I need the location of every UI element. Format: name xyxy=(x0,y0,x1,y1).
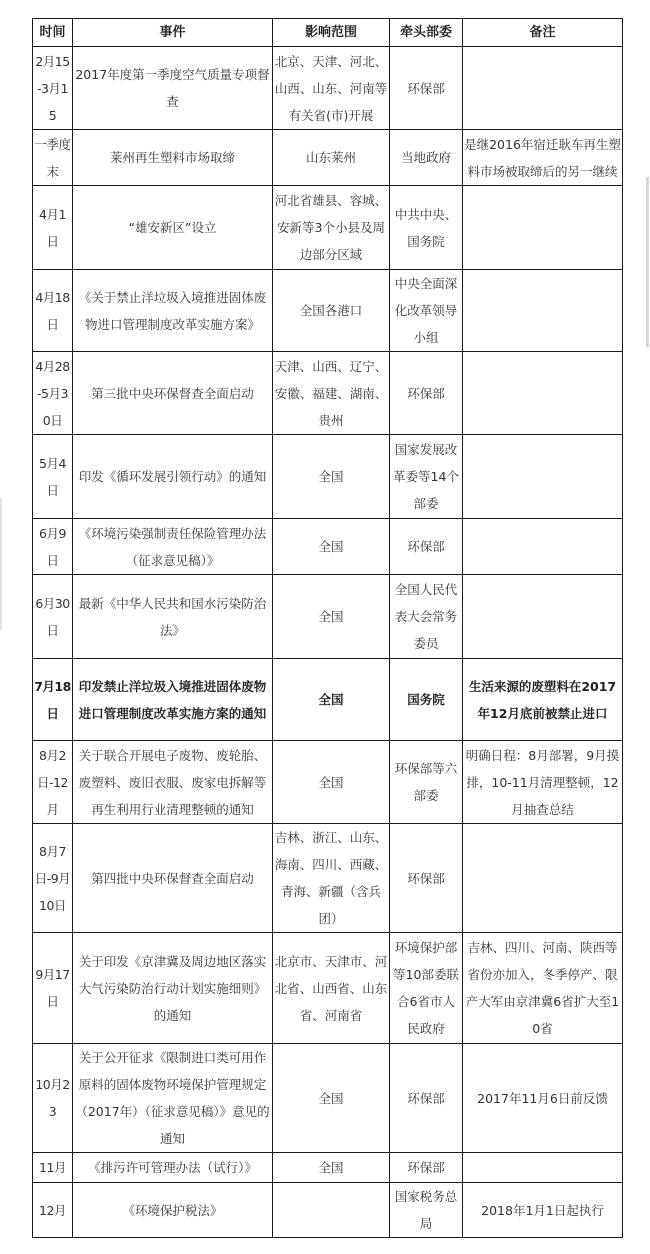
cell-lead: 国务院 xyxy=(390,659,463,741)
cell-time: 12月 xyxy=(33,1183,73,1238)
cell-event: 《环境保护税法》 xyxy=(73,1183,273,1238)
cell-time: 一季度末 xyxy=(33,130,73,186)
cell-notes: 2018年1月1日起执行 xyxy=(463,1183,623,1238)
table-row: 一季度末 莱州再生塑料市场取缔 山东莱州 当地政府 是继2016年宿迁耿车再生塑… xyxy=(33,130,623,186)
cell-notes xyxy=(463,352,623,435)
scrollbar-right[interactable] xyxy=(646,177,649,347)
cell-lead: 环保部 xyxy=(390,47,463,130)
cell-lead: 环保部 xyxy=(390,1153,463,1183)
cell-notes: 2017年11月6日前反馈 xyxy=(463,1044,623,1153)
cell-lead: 环保部 xyxy=(390,1044,463,1153)
cell-notes xyxy=(463,47,623,130)
cell-scope: 全国 xyxy=(273,741,390,824)
cell-time: 11月 xyxy=(33,1153,73,1183)
table-row: 11月 《排污许可管理办法（试行）》 全国 环保部 xyxy=(33,1153,623,1183)
cell-time: 2月15-3月15 xyxy=(33,47,73,130)
cell-scope: 全国 xyxy=(273,1044,390,1153)
table-row: 4月18日 《关于禁止洋垃圾入境推进固体废物进口管理制度改革实施方案》 全国各港… xyxy=(33,270,623,352)
table-row: 8月2日-12月 关于联合开展电子废物、废轮胎、废塑料、废旧衣服、废家电拆解等再… xyxy=(33,741,623,824)
cell-scope: 山东莱州 xyxy=(273,130,390,186)
cell-time: 10月23 xyxy=(33,1044,73,1153)
cell-time: 8月2日-12月 xyxy=(33,741,73,824)
cell-event: 关于印发《京津冀及周边地区落实大气污染防治行动计划实施细则》的通知 xyxy=(73,933,273,1044)
cell-time: 4月18日 xyxy=(33,270,73,352)
cell-time: 9月17日 xyxy=(33,933,73,1044)
table-row: 4月1日 “雄安新区”设立 河北省雄县、容城、安新等3个小县及周边部分区域 中共… xyxy=(33,186,623,270)
table-header-row: 时间 事件 影响范围 牵头部委 备注 xyxy=(33,19,623,47)
scrollbar-left xyxy=(0,498,2,630)
cell-time: 5月4日 xyxy=(33,435,73,519)
cell-scope: 全国各港口 xyxy=(273,270,390,352)
table-row: 12月 《环境保护税法》 国家税务总局 2018年1月1日起执行 xyxy=(33,1183,623,1238)
table-row: 8月7日-9月10日 第四批中央环保督查全面启动 吉林、浙江、山东、海南、四川、… xyxy=(33,824,623,933)
header-event: 事件 xyxy=(73,19,273,47)
cell-event: 印发《循环发展引领行动》的通知 xyxy=(73,435,273,519)
header-time: 时间 xyxy=(33,19,73,47)
cell-time: 4月28-5月30日 xyxy=(33,352,73,435)
cell-event: 第三批中央环保督查全面启动 xyxy=(73,352,273,435)
cell-event: “雄安新区”设立 xyxy=(73,186,273,270)
cell-event: 《排污许可管理办法（试行）》 xyxy=(73,1153,273,1183)
cell-notes xyxy=(463,575,623,659)
cell-time: 7月18日 xyxy=(33,659,73,741)
cell-scope: 吉林、浙江、山东、海南、四川、西藏、青海、新疆（含兵团） xyxy=(273,824,390,933)
cell-time: 8月7日-9月10日 xyxy=(33,824,73,933)
cell-lead: 中央全面深化改革领导小组 xyxy=(390,270,463,352)
cell-lead: 环保部 xyxy=(390,519,463,575)
header-scope: 影响范围 xyxy=(273,19,390,47)
cell-scope: 北京、天津、河北、山西、山东、河南等有关省(市)开展 xyxy=(273,47,390,130)
cell-notes xyxy=(463,270,623,352)
cell-event: 关于联合开展电子废物、废轮胎、废塑料、废旧衣服、废家电拆解等再生利用行业清理整顿… xyxy=(73,741,273,824)
cell-event: 最新《中华人民共和国水污染防治法》 xyxy=(73,575,273,659)
cell-scope: 全国 xyxy=(273,575,390,659)
table-row: 10月23 关于公开征求《限制进口类可用作原料的固体废物环境保护管理规定（201… xyxy=(33,1044,623,1153)
table-row: 2月15-3月15 2017年度第一季度空气质量专项督查 北京、天津、河北、山西… xyxy=(33,47,623,130)
cell-scope: 全国 xyxy=(273,659,390,741)
cell-lead: 中共中央、国务院 xyxy=(390,186,463,270)
cell-notes: 生活来源的废塑料在2017年12月底前被禁止进口 xyxy=(463,659,623,741)
cell-notes xyxy=(463,824,623,933)
cell-lead: 环保部 xyxy=(390,824,463,933)
cell-notes xyxy=(463,435,623,519)
cell-notes: 吉林、四川、河南、陕西等省份亦加入，冬季停产、限产大军由京津冀6省扩大至10省 xyxy=(463,933,623,1044)
cell-scope: 河北省雄县、容城、安新等3个小县及周边部分区域 xyxy=(273,186,390,270)
cell-time: 4月1日 xyxy=(33,186,73,270)
cell-event: 莱州再生塑料市场取缔 xyxy=(73,130,273,186)
table-row: 6月9日 《环境污染强制责任保险管理办法（征求意见稿）》 全国 环保部 xyxy=(33,519,623,575)
cell-scope: 天津、山西、辽宁、安徽、福建、湖南、贵州 xyxy=(273,352,390,435)
cell-notes: 明确日程：8月部署，9月摸排，10-11月清理整顿，12月抽查总结 xyxy=(463,741,623,824)
table-row: 9月17日 关于印发《京津冀及周边地区落实大气污染防治行动计划实施细则》的通知 … xyxy=(33,933,623,1044)
cell-lead: 全国人民代表大会常务委员 xyxy=(390,575,463,659)
cell-notes: 是继2016年宿迁耿车再生塑料市场被取缔后的另一继续 xyxy=(463,130,623,186)
cell-notes xyxy=(463,1153,623,1183)
cell-lead: 环保部等六部委 xyxy=(390,741,463,824)
cell-time: 6月9日 xyxy=(33,519,73,575)
policy-events-table: 时间 事件 影响范围 牵头部委 备注 2月15-3月15 2017年度第一季度空… xyxy=(32,18,623,1238)
cell-event: 印发禁止洋垃圾入境推进固体废物进口管理制度改革实施方案的通知 xyxy=(73,659,273,741)
table-row: 5月4日 印发《循环发展引领行动》的通知 全国 国家发展改革委等14个部委 xyxy=(33,435,623,519)
cell-scope: 北京市、天津市、河北省、山西省、山东省、河南省 xyxy=(273,933,390,1044)
cell-event: 《环境污染强制责任保险管理办法（征求意见稿）》 xyxy=(73,519,273,575)
table-row: 4月28-5月30日 第三批中央环保督查全面启动 天津、山西、辽宁、安徽、福建、… xyxy=(33,352,623,435)
cell-event: 《关于禁止洋垃圾入境推进固体废物进口管理制度改革实施方案》 xyxy=(73,270,273,352)
header-notes: 备注 xyxy=(463,19,623,47)
cell-lead: 环境保护部等10部委联合6省市人民政府 xyxy=(390,933,463,1044)
table-row-highlighted: 7月18日 印发禁止洋垃圾入境推进固体废物进口管理制度改革实施方案的通知 全国 … xyxy=(33,659,623,741)
cell-lead: 环保部 xyxy=(390,352,463,435)
cell-lead: 当地政府 xyxy=(390,130,463,186)
cell-scope: 全国 xyxy=(273,519,390,575)
cell-scope: 全国 xyxy=(273,435,390,519)
cell-scope: 全国 xyxy=(273,1153,390,1183)
cell-lead: 国家税务总局 xyxy=(390,1183,463,1238)
header-lead-ministry: 牵头部委 xyxy=(390,19,463,47)
cell-time: 6月30日 xyxy=(33,575,73,659)
cell-event: 第四批中央环保督查全面启动 xyxy=(73,824,273,933)
cell-event: 关于公开征求《限制进口类可用作原料的固体废物环境保护管理规定（2017年）（征求… xyxy=(73,1044,273,1153)
cell-scope xyxy=(273,1183,390,1238)
cell-event: 2017年度第一季度空气质量专项督查 xyxy=(73,47,273,130)
cell-notes xyxy=(463,519,623,575)
cell-lead: 国家发展改革委等14个部委 xyxy=(390,435,463,519)
cell-notes xyxy=(463,186,623,270)
table-row: 6月30日 最新《中华人民共和国水污染防治法》 全国 全国人民代表大会常务委员 xyxy=(33,575,623,659)
